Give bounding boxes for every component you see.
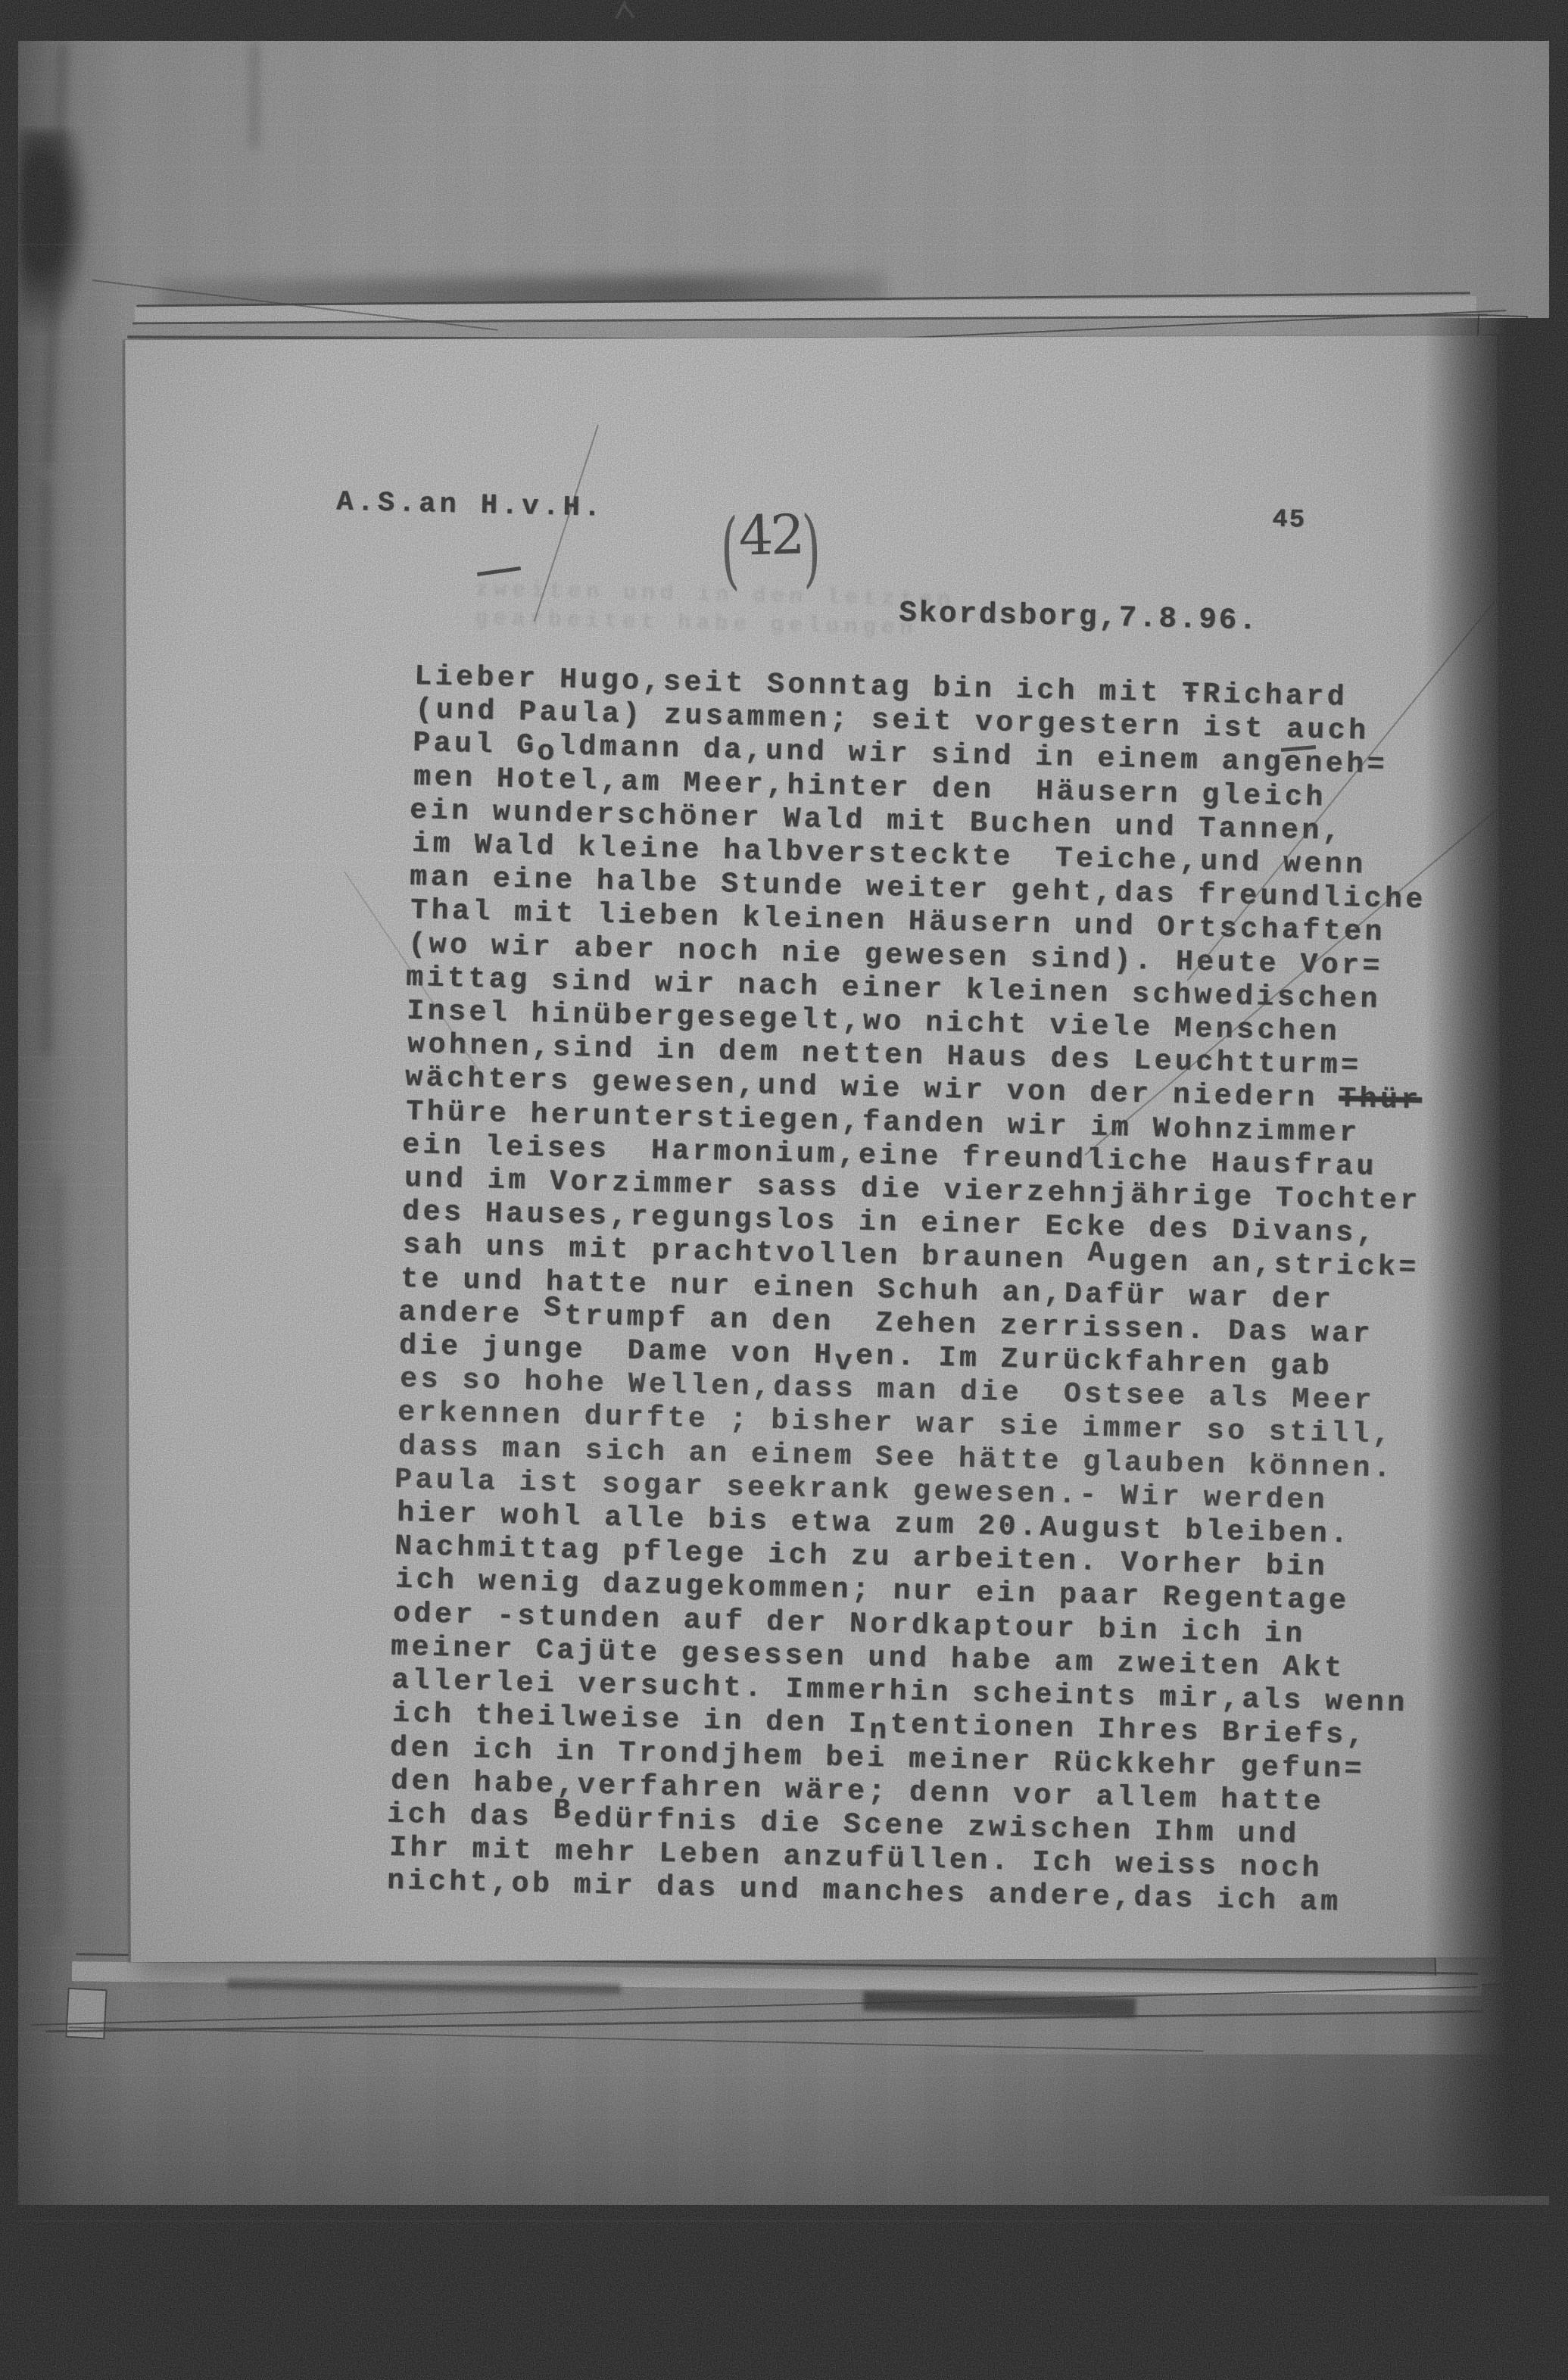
page-content: A.S.an H.v.H. 45 (42) zweiten und in den… xyxy=(89,340,1497,1993)
pencil-cross xyxy=(622,2,635,18)
film-streak xyxy=(41,480,51,1056)
letter-page: A.S.an H.v.H. 45 (42) zweiten und in den… xyxy=(123,335,1504,1962)
film-right-border xyxy=(1424,318,1568,2196)
microfilm-photo: A.S.an H.v.H. 45 (42) zweiten und in den… xyxy=(0,0,1568,2380)
film-seam xyxy=(18,244,1549,245)
film-bottom-border xyxy=(0,2054,1568,2380)
annotation-number: 42 xyxy=(737,502,803,567)
page-number: 45 xyxy=(1272,506,1307,535)
film-streak xyxy=(251,42,257,148)
letter-body: Lieber Hugo,seit Sonntag bin ich mit ŦRi… xyxy=(387,660,1432,1922)
archive-label: A.S.an H.v.H. xyxy=(336,487,605,525)
film-streak xyxy=(53,1177,62,1934)
handwritten-annotation: (42) xyxy=(719,502,821,578)
